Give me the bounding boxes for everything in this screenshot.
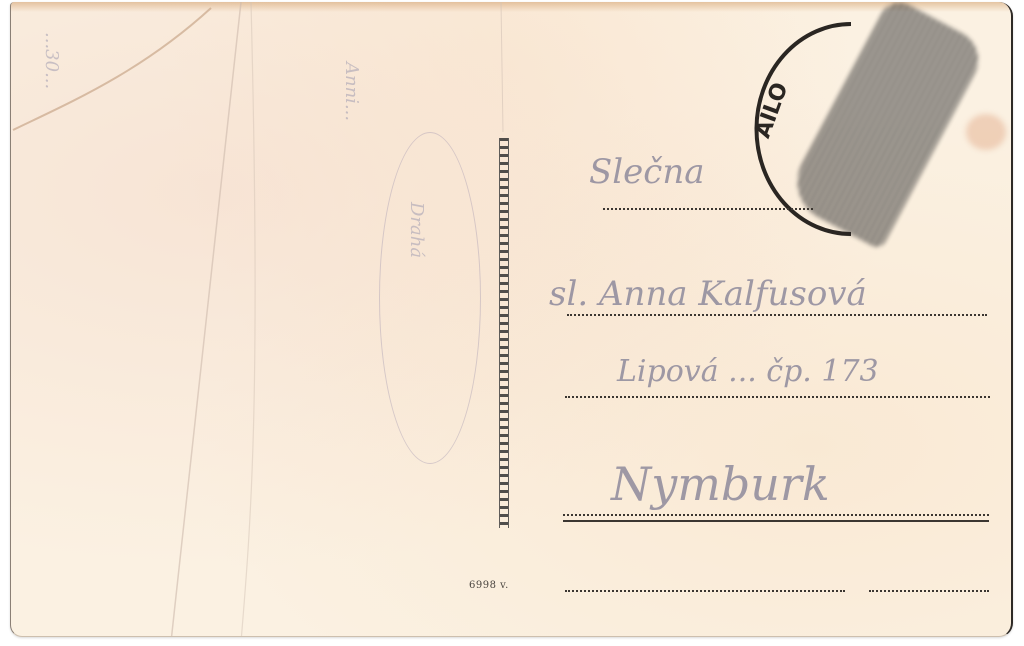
center-divider xyxy=(499,138,509,528)
address-line-4: Nymburk xyxy=(611,457,830,511)
address-line-3: Lipová ... čp. 173 xyxy=(617,354,879,389)
address-rule-1 xyxy=(603,208,813,210)
address-rule-4 xyxy=(563,514,989,516)
address-line-1: Slečna xyxy=(589,152,705,192)
address-line-2: sl. Anna Kalfusová xyxy=(549,274,867,314)
top-edge-stain xyxy=(11,2,1011,12)
message-column-1: ...30... xyxy=(41,32,62,592)
address-rule-4-underline xyxy=(563,520,989,522)
postcard: ...30... Anni... Drahá 6998 v. AILO Sleč… xyxy=(10,2,1013,637)
message-oval-text: Drahá xyxy=(406,202,427,322)
address-rule-5b xyxy=(869,590,989,592)
print-code: 6998 v. xyxy=(469,580,509,591)
message-oval xyxy=(379,132,481,464)
message-column-3: Anni... xyxy=(341,62,362,562)
address-rule-3 xyxy=(565,396,990,398)
postmark-icon: AILO xyxy=(741,12,891,252)
address-rule-5a xyxy=(565,590,845,592)
paper-stain xyxy=(966,114,1006,150)
address-rule-2 xyxy=(567,314,987,316)
